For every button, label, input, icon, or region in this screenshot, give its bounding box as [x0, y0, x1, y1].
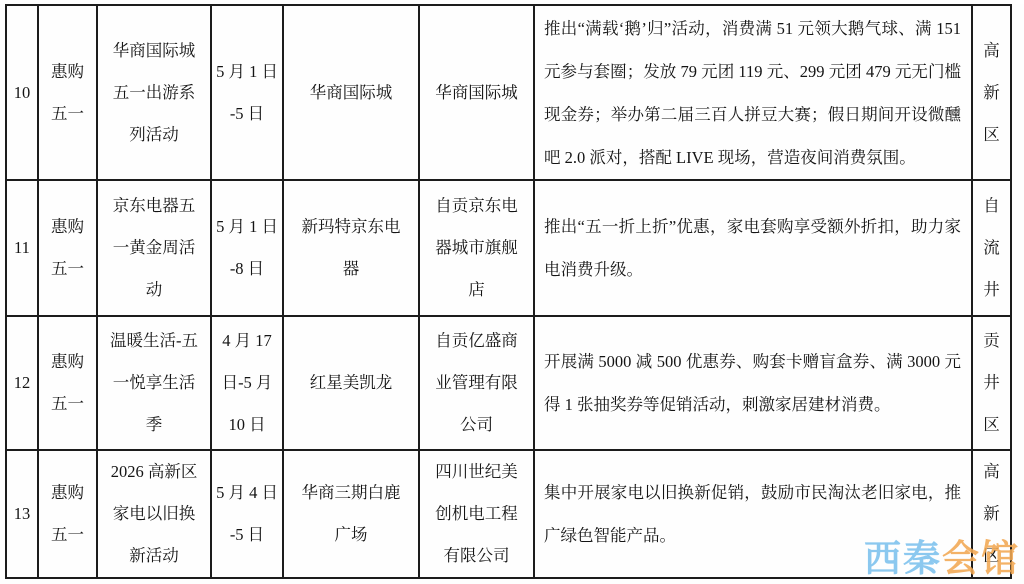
cell-name: 2026 高新区 家电以旧换 新活动: [97, 450, 211, 578]
cell-district: 高新区: [972, 450, 1011, 578]
cell-organizer: 四川世纪美 创机电工程 有限公司: [419, 450, 534, 578]
cell-location: 华商三期白鹿 广场: [283, 450, 419, 578]
document-page: 10惠购 五一华商国际城 五一出游系 列活动5 月 1 日 -5 日华商国际城华…: [0, 4, 1024, 584]
cell-location: 新玛特京东电 器: [283, 180, 419, 316]
promotions-table: 10惠购 五一华商国际城 五一出游系 列活动5 月 1 日 -5 日华商国际城华…: [5, 4, 1012, 579]
table-row: 10惠购 五一华商国际城 五一出游系 列活动5 月 1 日 -5 日华商国际城华…: [6, 5, 1011, 180]
cell-num: 11: [6, 180, 38, 316]
cell-district: 自流井: [972, 180, 1011, 316]
cell-category: 惠购 五一: [38, 316, 97, 450]
cell-organizer: 华商国际城: [419, 5, 534, 180]
cell-date: 5 月 1 日 -5 日: [211, 5, 283, 180]
cell-location: 华商国际城: [283, 5, 419, 180]
cell-organizer: 自贡亿盛商 业管理有限 公司: [419, 316, 534, 450]
cell-num: 13: [6, 450, 38, 578]
cell-location: 红星美凯龙: [283, 316, 419, 450]
cell-description: 推出“五一折上折”优惠，家电套购享受额外折扣，助力家电消费升级。: [534, 180, 972, 316]
cell-district: 贡井区: [972, 316, 1011, 450]
cell-date: 4 月 17 日-5 月 10 日: [211, 316, 283, 450]
cell-category: 惠购 五一: [38, 5, 97, 180]
cell-district: 高新区: [972, 5, 1011, 180]
cell-num: 10: [6, 5, 38, 180]
cell-description: 集中开展家电以旧换新促销，鼓励市民淘汰老旧家电，推广绿色智能产品。: [534, 450, 972, 578]
table-row: 13惠购 五一2026 高新区 家电以旧换 新活动5 月 4 日 -5 日华商三…: [6, 450, 1011, 578]
cell-name: 温暖生活-五 一悦享生活 季: [97, 316, 211, 450]
cell-description: 开展满 5000 减 500 优惠券、购套卡赠盲盒券、满 3000 元得 1 张…: [534, 316, 972, 450]
cell-date: 5 月 1 日 -8 日: [211, 180, 283, 316]
table-row: 11惠购 五一京东电器五 一黄金周活 动5 月 1 日 -8 日新玛特京东电 器…: [6, 180, 1011, 316]
cell-num: 12: [6, 316, 38, 450]
cell-date: 5 月 4 日 -5 日: [211, 450, 283, 578]
cell-category: 惠购 五一: [38, 450, 97, 578]
cell-category: 惠购 五一: [38, 180, 97, 316]
cell-name: 华商国际城 五一出游系 列活动: [97, 5, 211, 180]
cell-description: 推出“满载‘鹅’归”活动，消费满 51 元领大鹅气球、满 151 元参与套圈；发…: [534, 5, 972, 180]
cell-organizer: 自贡京东电 器城市旗舰 店: [419, 180, 534, 316]
table-row: 12惠购 五一温暖生活-五 一悦享生活 季4 月 17 日-5 月 10 日红星…: [6, 316, 1011, 450]
cell-name: 京东电器五 一黄金周活 动: [97, 180, 211, 316]
